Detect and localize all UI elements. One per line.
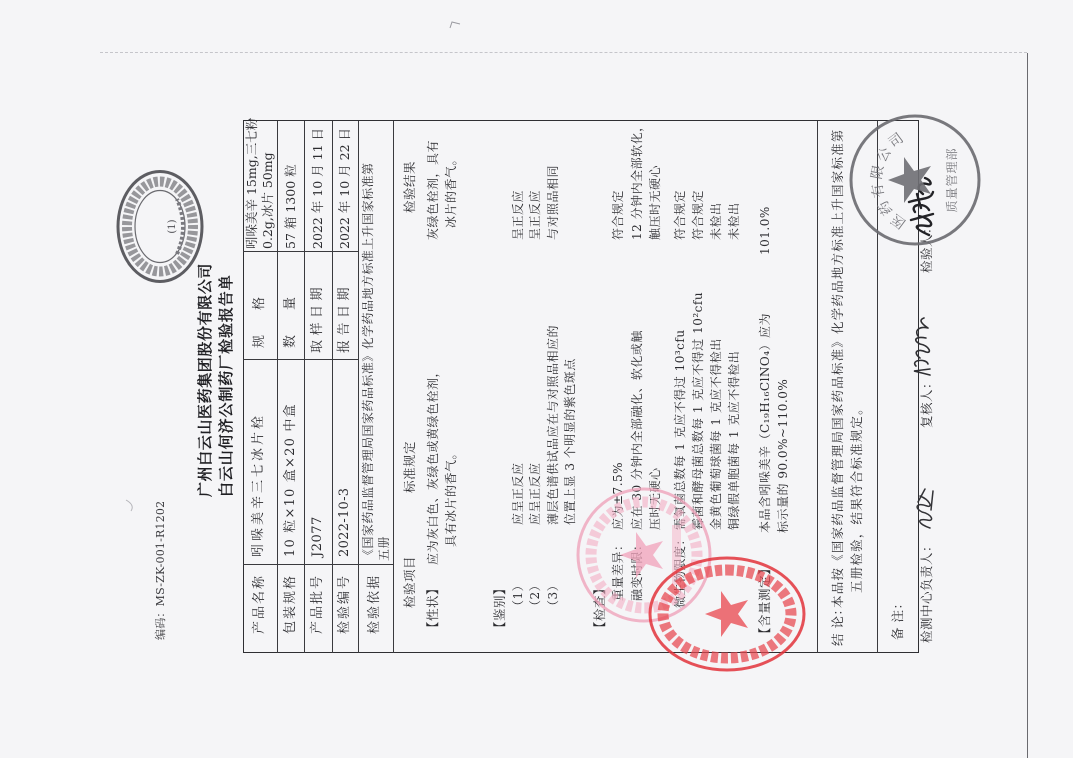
quality-dept-stamp: 医药有限公司 质量管理部 [848, 113, 982, 247]
report-date-value: 2022 年 10 月 22 日 [337, 128, 353, 249]
table-column-rule [243, 359, 358, 360]
scan-speck [448, 18, 462, 30]
assay-result: 101.0% [757, 206, 773, 255]
table-column-rule [243, 564, 393, 565]
identification-standard: 应呈正反应 [510, 462, 526, 525]
center-head-label: 检测中心负责人： [919, 539, 935, 643]
scan-edge-line [1027, 53, 1028, 758]
inspection-result: 符合规定 [690, 190, 706, 240]
batch-no-label: 产品批号 [310, 574, 326, 634]
table-rule [332, 121, 333, 653]
sampling-date-label: 取样日期 [310, 283, 326, 353]
specification-value-line: 0.2g,冰片 50mg [260, 152, 276, 249]
test-report-page: 编码：MS-ZK-001-R1202 广州白云山医药集团股份有限公司 白云山何济… [0, 0, 1073, 758]
report-title: 白云山何济公制药厂检验报告单 [217, 274, 235, 497]
conclusion-text-line: 本品按《国家药品监督管理局国家药品标准》化学药品地方标准上升国家标准第 [830, 128, 846, 608]
reviewer-signature [906, 316, 938, 378]
inspection-result: 未检出 [726, 202, 742, 240]
product-name-value: 吲哚美辛三七冰片栓 [251, 413, 267, 557]
package-spec-label: 包装规格 [283, 574, 299, 634]
inspection-result: 符合规定 [672, 190, 688, 240]
inspection-result: 触压时无硬心 [647, 165, 663, 240]
remarks-label: 备 注： [890, 597, 906, 640]
report-date-label: 报告日期 [337, 283, 353, 353]
sampling-date-value: 2022 年 10 月 11 日 [310, 128, 326, 249]
package-spec-value: 10 粒×10 盒×20 中盒 [283, 403, 299, 557]
header-test-item: 检验项目 [402, 556, 418, 608]
specification-value-line: 吲哚美辛 15mg,三七粉 [244, 118, 260, 249]
identification-item-label: （1） [510, 579, 526, 612]
identification-standard: 薄层色谱供试品应在与对照品相应的 [545, 325, 561, 525]
identification-item-label: （3） [545, 579, 561, 612]
quality-seal-center-text: 质量管理部 [944, 147, 959, 212]
inspection-result: 符合规定 [610, 190, 626, 240]
header-seal-number: (1) [167, 219, 178, 233]
inspection-standard: 铜绿假单胞菌每 1 克应不得检出 [726, 351, 742, 530]
test-basis-value-line: 五册 [376, 536, 392, 561]
table-rule [304, 121, 305, 653]
quantity-label: 数 量 [283, 291, 299, 348]
reviewer-label: 复核人： [919, 376, 935, 428]
red-seal-stamp [647, 555, 807, 673]
identification-result: 与对照品相同 [545, 165, 561, 240]
company-name: 广州白云山医药集团股份有限公司 [196, 263, 214, 497]
test-no-value: 2022-10-3 [337, 488, 353, 557]
assay-standard: 本品含吲哚美辛（C₁₉H₁₆ClNO₄）应为 [757, 313, 773, 533]
document-code-value: MS-ZK-001-R1202 [154, 501, 167, 607]
center-head-signature [910, 486, 940, 532]
section-identification-title: 【鉴别】 [492, 582, 508, 634]
test-basis-label: 检验依据 [367, 574, 383, 634]
identification-result: 呈正反应 [510, 190, 526, 240]
assay-standard: 标示量的 90.0%~110.0% [775, 379, 791, 533]
header-seal-stamp: (1) [115, 169, 205, 284]
specification-label: 规 格 [252, 291, 268, 348]
product-name-label: 产品名称 [252, 574, 268, 634]
identification-result: 呈正反应 [527, 190, 543, 240]
section-appearance-title: 【性状】 [425, 582, 441, 634]
document-code: 编码：MS-ZK-001-R1202 [153, 501, 169, 640]
conclusion-text-line: 五册检验，结果符合标准规定。 [849, 401, 865, 593]
document-code-label: 编码： [154, 606, 167, 640]
table-rule [358, 121, 359, 653]
conclusion-label: 结 论： [830, 603, 846, 646]
inspection-result: 未检出 [708, 202, 724, 240]
batch-no-value: J2077 [310, 516, 326, 557]
scan-edge-line [100, 52, 1027, 53]
test-basis-value-line: 《国家药品监督管理局国家药品标准》化学药品地方标准上升国家标准第 [360, 163, 376, 561]
identification-standard: 应呈正反应 [527, 462, 543, 525]
header-result: 检验结果 [402, 161, 418, 213]
table-rule [817, 121, 818, 653]
table-rule [277, 121, 278, 653]
test-no-label: 检验编号 [337, 574, 353, 634]
header-standard: 标准规定 [402, 441, 418, 493]
scan-speck [122, 498, 134, 512]
appearance-standard-line: 具有冰片的香气。 [443, 447, 459, 547]
inspection-result: 12 分钟内全部软化， [629, 119, 645, 240]
quantity-value: 57 箱 1300 粒 [283, 164, 299, 249]
table-rule [393, 121, 394, 653]
table-column-rule [243, 251, 358, 252]
appearance-standard-line: 应为灰白色、灰绿色或黄绿色栓剂， [425, 365, 441, 565]
appearance-result-line: 灰绿色栓剂，具有 [425, 140, 441, 240]
identification-item-label: （2） [527, 579, 543, 612]
appearance-result-line: 冰片的香气。 [443, 153, 459, 228]
